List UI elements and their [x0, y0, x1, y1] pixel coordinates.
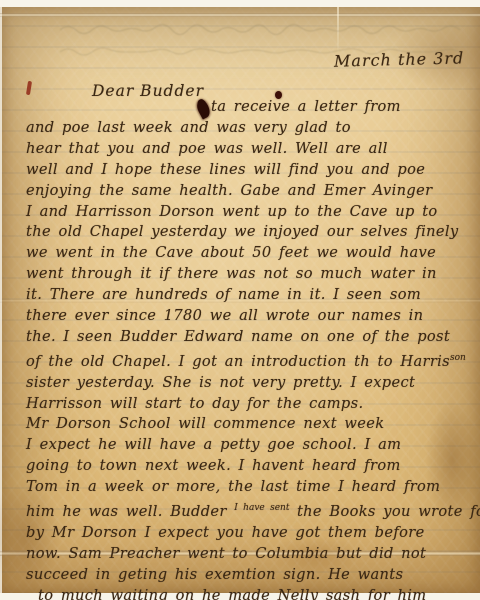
letter-line: going to town next week. I havent heard … — [26, 456, 466, 477]
letter-date: March the 3rd — [333, 48, 464, 70]
letter-line: him he was well. Budder I have sent the … — [26, 498, 466, 523]
letter-line: it. There are hundreds of name in it. I … — [26, 285, 466, 306]
letter-line: there ever since 1780 we all wrote our n… — [26, 306, 466, 327]
scan-edge-left — [0, 0, 2, 600]
scan-edge-top — [0, 0, 480, 7]
scanned-letter-page: March the 3rd Dear Budder ta receive a l… — [0, 0, 480, 600]
letter-line: we went in the Cave about 50 feet we wou… — [26, 243, 466, 264]
letter-body: ta receive a letter fromand poe last wee… — [26, 97, 466, 600]
letter-line: to much waiting on he made Nelly sash fo… — [38, 586, 466, 600]
interlinear-insertion: I have sent — [234, 503, 289, 513]
ink-blot — [195, 98, 209, 114]
letter-line: the. I seen Budder Edward name on one of… — [26, 327, 466, 348]
letter-line: Mr Dorson School will commence next week — [26, 414, 466, 435]
letter-line: now. Sam Preacher went to Columbia but d… — [26, 544, 466, 565]
letter-line: sister yesterday. She is not very pretty… — [26, 373, 466, 394]
interlinear-insertion: son — [450, 353, 466, 363]
letter-line: Harrisson will start to day for the camp… — [26, 394, 466, 415]
letter-line: of the old Chapel. I got an introduction… — [26, 348, 466, 373]
letter-line: ta receive a letter from — [198, 97, 466, 118]
letter-line: succeed in geting his exemtion sign. He … — [26, 565, 466, 586]
letter-line: enjoying the same health. Gabe and Emer … — [26, 181, 466, 202]
letter-line: I and Harrisson Dorson went up to the Ca… — [26, 202, 466, 223]
letter-line: went through it if there was not so much… — [26, 264, 466, 285]
letter-line: the old Chapel yesterday we injoyed our … — [26, 222, 466, 243]
letter-line: I expect he will have a petty goe school… — [26, 435, 466, 456]
letter-line: Tom in a week or more, the last time I h… — [26, 477, 466, 498]
letter-line: and poe last week and was very glad to — [26, 118, 466, 139]
letter-line: hear that you and poe was well. Well are… — [26, 139, 466, 160]
letter-line: by Mr Dorson I expect you have got them … — [26, 523, 466, 544]
letter-line: well and I hope these lines will find yo… — [26, 160, 466, 181]
